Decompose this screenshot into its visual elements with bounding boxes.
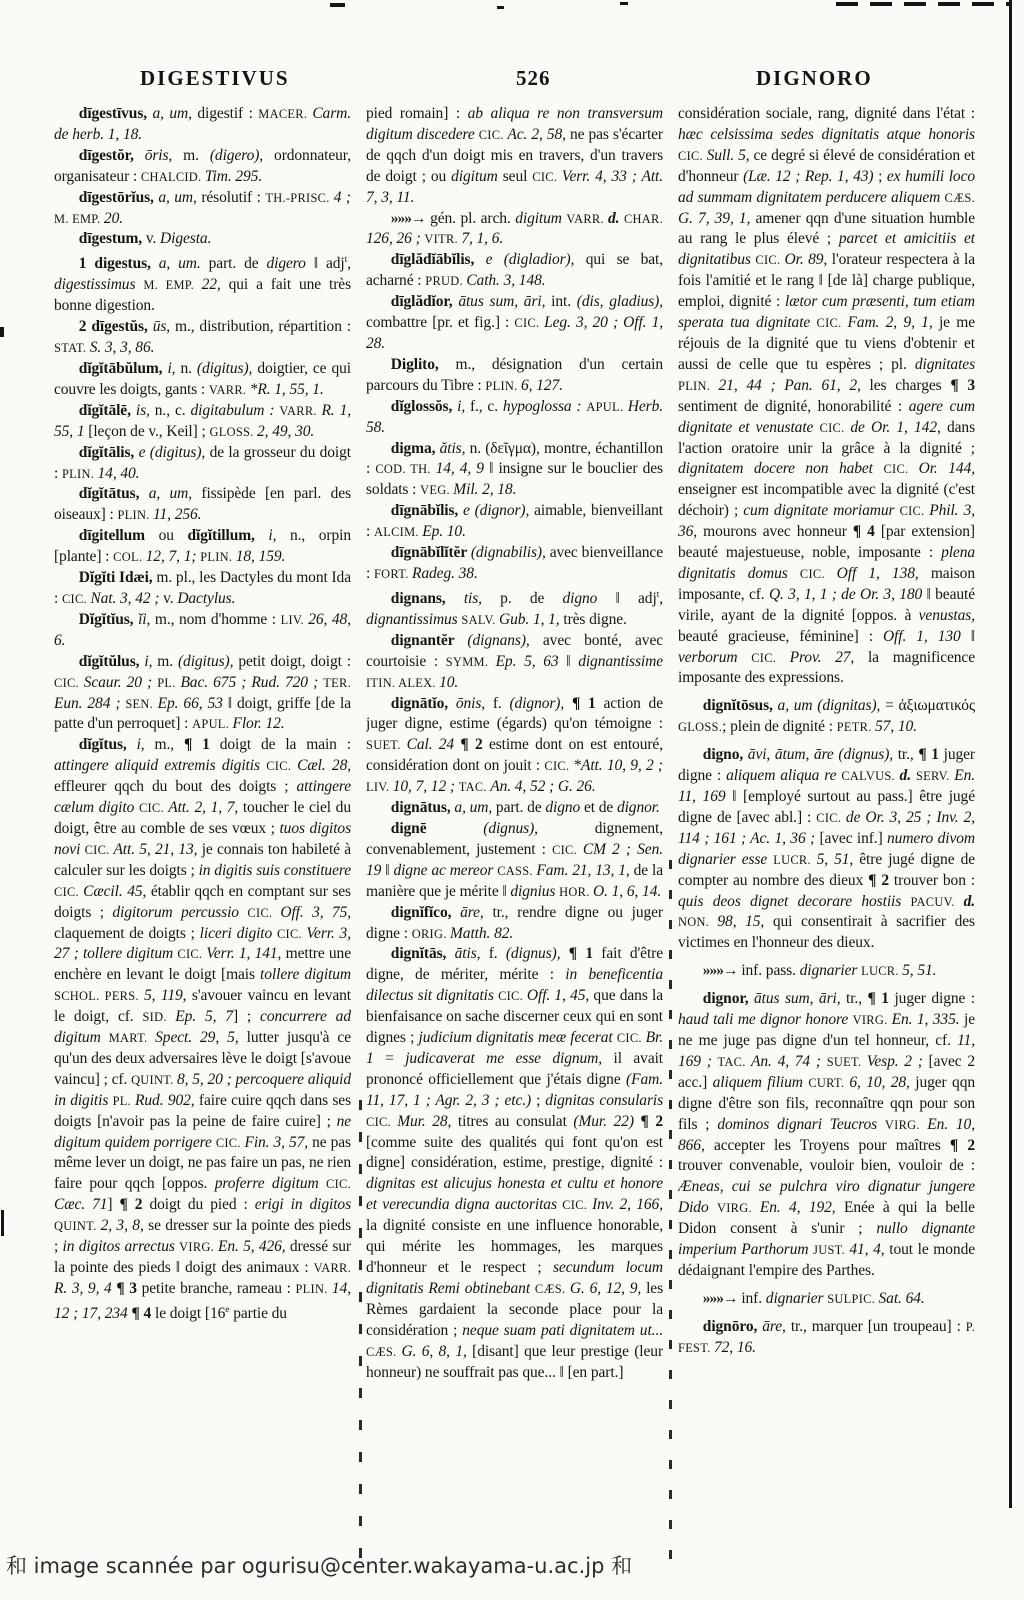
dictionary-paragraph: dīgestīvus, a, um, digestif : MACER. Car…: [54, 104, 351, 146]
dictionary-paragraph: 1 digestus, a, um. part. de digero ‖ adj…: [54, 250, 351, 317]
scan-artifact: [669, 860, 672, 1560]
dictionary-paragraph: dignōro, āre, tr., marquer [un troupeau]…: [678, 1317, 975, 1359]
page-number: 526: [516, 66, 551, 91]
dictionary-paragraph: digma, ătis, n. (δεῖγμα), montre, échant…: [366, 439, 663, 502]
dictionary-paragraph: Dĭgĭti Idæi, m. pl., les Dactyles du mon…: [54, 568, 351, 610]
dictionary-paragraph: pied romain] : ab aliqua re non transver…: [366, 104, 663, 209]
dictionary-paragraph: 2 dīgestŭs, ūs, m., distribution, répart…: [54, 317, 351, 359]
dictionary-paragraph: dĭgĭtŭlus, i, m. (digitus), petit doigt,…: [54, 652, 351, 736]
dictionary-paragraph: dignĭfĭco, āre, tr., rendre digne ou jug…: [366, 903, 663, 945]
dictionary-paragraph: dignātĭo, ōnis, f. (dignor), ¶ 1 action …: [366, 694, 663, 799]
scan-artifact: [0, 327, 4, 337]
scan-artifact: [497, 6, 504, 9]
dictionary-paragraph: dignĭtās, ātis, f. (dignus), ¶ 1 fait d'…: [366, 944, 663, 1383]
dictionary-paragraph: dignans, tis, p. de digno ‖ adjt, dignan…: [366, 585, 663, 631]
scan-artifact: [330, 3, 345, 7]
dictionary-paragraph: dīglădĭor, ātus sum, āri, int. (dis, gla…: [366, 292, 663, 355]
dictionary-column-1: dīgestīvus, a, um, digestif : MACER. Car…: [54, 104, 351, 1556]
dictionary-paragraph: dĭgĭtālē, is, n., c. digitabulum : VARR.…: [54, 401, 351, 443]
dictionary-paragraph: »»»→ inf. dignarier SULPIC. Sat. 64.: [678, 1289, 975, 1310]
dictionary-paragraph: dĭgĭtābŭlum, i, n. (digitus), doigtier, …: [54, 359, 351, 401]
dictionary-paragraph: dīgitellum ou dĭgĭtillum, i, n., orpin […: [54, 526, 351, 568]
running-head-right: DIGNORO: [756, 66, 873, 91]
dictionary-paragraph: dignē (dignus), dignement, convenablemen…: [366, 819, 663, 903]
dictionary-paragraph: dīgestōrĭus, a, um, résolutif : TH.-PRIS…: [54, 188, 351, 230]
dictionary-column-3: considération sociale, rang, dignité dan…: [678, 104, 975, 1556]
dictionary-paragraph: »»»→ inf. pass. dignarier LUCR. 5, 51.: [678, 961, 975, 982]
dictionary-paragraph: dĭgĭtālis, e (digitus), de la grosseur d…: [54, 443, 351, 485]
dictionary-paragraph: dignātus, a, um, part. de digno et de di…: [366, 798, 663, 819]
dictionary-paragraph: dignantĕr (dignans), avec bonté, avec co…: [366, 631, 663, 694]
dictionary-paragraph: dignor, ātus sum, āri, tr., ¶ 1 juger di…: [678, 989, 975, 1282]
dictionary-paragraph: dĭgĭtātus, a, um, fissipède [en parl. de…: [54, 484, 351, 526]
dictionary-paragraph: dīglădĭābĭlis, e (digladior), qui se bat…: [366, 250, 663, 292]
dictionary-paragraph: considération sociale, rang, dignité dan…: [678, 104, 975, 689]
scan-artifact: [836, 2, 1012, 6]
dictionary-paragraph: dignĭtōsus, a, um (dignitas), = ἀξιωματι…: [678, 696, 975, 738]
dictionary-paragraph: dīgestŏr, ōris, m. (digero), ordonnateur…: [54, 146, 351, 188]
derivation-arrow-icon: »»»→: [703, 962, 738, 979]
dictionary-page-scan: DIGESTIVUS 526 DIGNORO dīgestīvus, a, um…: [0, 0, 1024, 1600]
dictionary-paragraph: Diglito, m., désignation d'un certain pa…: [366, 355, 663, 397]
dictionary-paragraph: dīgnābĭlĭtĕr (dignabilis), avec bienveil…: [366, 543, 663, 585]
running-head-left: DIGESTIVUS: [140, 66, 290, 91]
dictionary-paragraph: dīgestum, v. Digesta.: [54, 229, 351, 250]
derivation-arrow-icon: »»»→: [703, 1290, 738, 1307]
scan-watermark: 和 image scannée par ogurisu@center.wakay…: [6, 1550, 632, 1580]
dictionary-paragraph: dĭgĭtus, i, m., ¶ 1 doigt de la main : a…: [54, 735, 351, 1325]
scan-artifact: [1, 1210, 4, 1236]
dictionary-paragraph: »»»→ gén. pl. arch. digitum VARR. d. CHA…: [366, 209, 663, 251]
dictionary-paragraph: dĭglossŏs, i, f., c. hypoglossa : APUL. …: [366, 397, 663, 439]
dictionary-paragraph: Dĭgĭtĭus, ĭi, m., nom d'homme : LIV. 26,…: [54, 610, 351, 652]
scan-artifact: [620, 2, 628, 5]
derivation-arrow-icon: »»»→: [391, 210, 426, 227]
scan-artifact: [359, 1100, 362, 1570]
scan-artifact: [1009, 0, 1012, 1508]
dictionary-paragraph: dīgnābĭlis, e (dignor), aimable, bienvei…: [366, 501, 663, 543]
dictionary-paragraph: digno, āvi, ātum, āre (dignus), tr., ¶ 1…: [678, 745, 975, 954]
dictionary-column-2: pied romain] : ab aliqua re non transver…: [366, 104, 663, 1556]
